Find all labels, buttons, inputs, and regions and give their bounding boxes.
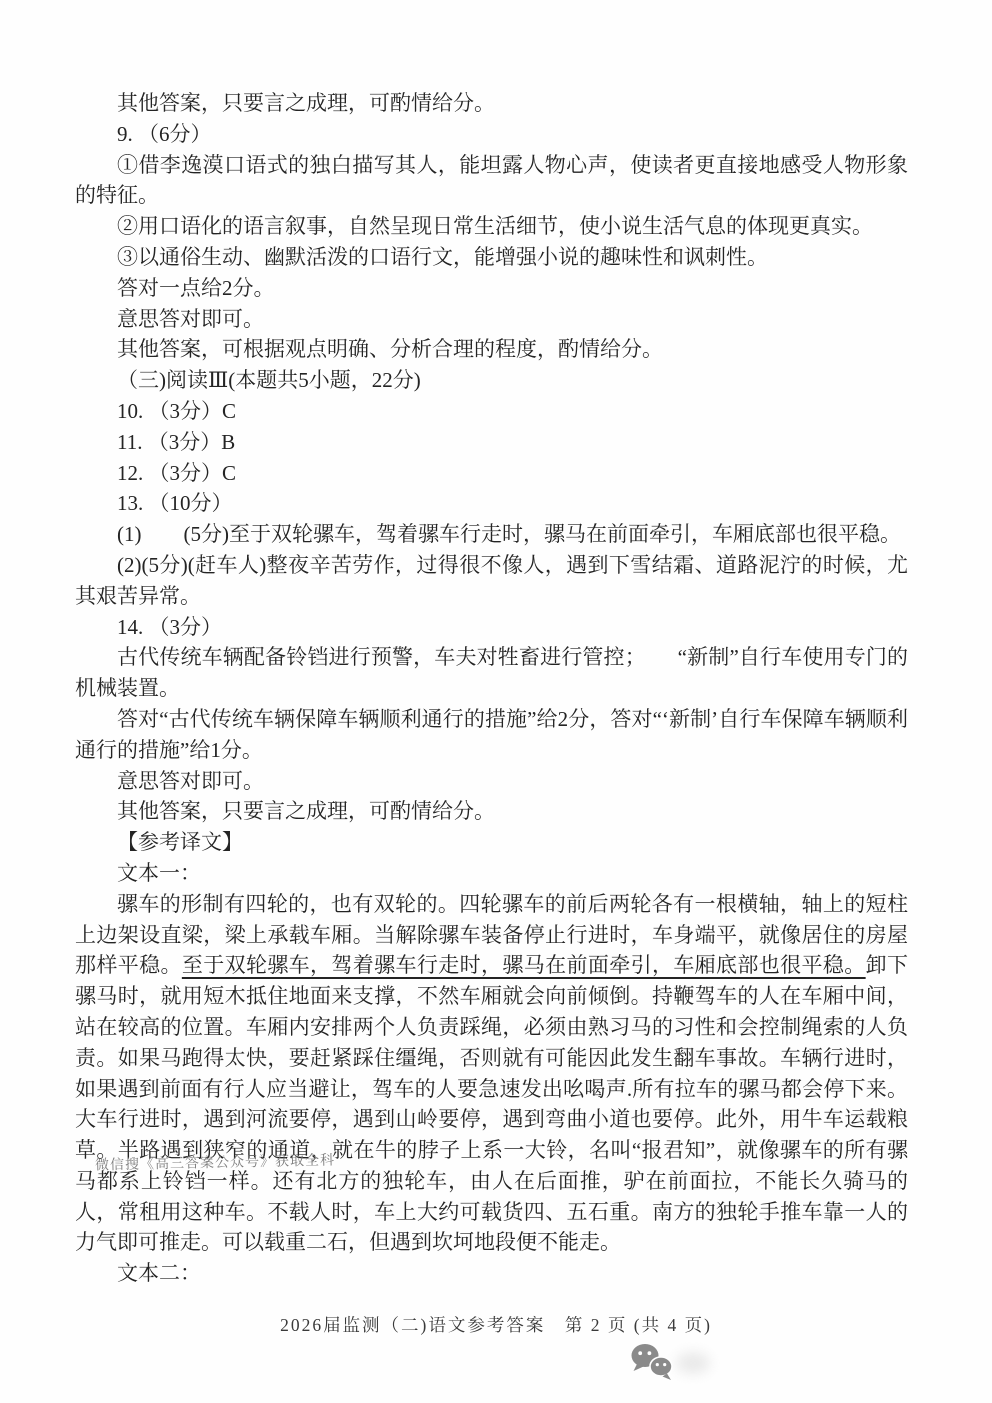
answer-13-2: (2)(5分)(赶车人)整夜辛苦劳作，过得很不像人，遇到下雪结霜、道路泥泞的时候… xyxy=(75,550,908,612)
answer-point-1: ①借李逸漠口语式的独白描写其人，能坦露人物心声，使读者更直接地感受人物形象的特征… xyxy=(75,150,908,212)
wechat-icon xyxy=(628,1342,676,1382)
text-two-label: 文本二： xyxy=(75,1258,908,1289)
question-14-header: 14. （3分） xyxy=(75,612,908,643)
text-one-label: 文本一： xyxy=(75,858,908,889)
scoring-note: 意思答对即可。 xyxy=(75,304,908,335)
answer-14-scoring: 答对“古代传统车辆保障车辆顺利通行的措施”给2分，答对“‘新制’自行车保障车辆顺… xyxy=(75,704,908,766)
grading-note: 其他答案，只要言之成理，可酌情给分。 xyxy=(75,88,908,119)
page-footer: 2026届监测（二)语文参考答案 第 2 页 (共 4 页) xyxy=(0,1312,992,1337)
grading-note-3: 其他答案，只要言之成理，可酌情给分。 xyxy=(75,796,908,827)
answer-sheet-page: 其他答案，只要言之成理，可酌情给分。 9. （6分） ①借李逸漠口语式的独白描写… xyxy=(0,0,992,1403)
answer-11: 11. （3分）B xyxy=(75,427,908,458)
answer-content: 其他答案，只要言之成理，可酌情给分。 9. （6分） ①借李逸漠口语式的独白描写… xyxy=(75,88,908,1289)
question-13-header: 13. （10分） xyxy=(75,488,908,519)
answer-14: 古代传统车辆配备铃铛进行预警，车夫对牲畜进行管控； “新制”自行车使用专门的机械… xyxy=(75,642,908,704)
answer-point-3: ③以通俗生动、幽默活泼的口语行文，能增强小说的趣味性和讽刺性。 xyxy=(75,242,908,273)
answer-12: 12. （3分）C xyxy=(75,458,908,489)
scoring-rule: 答对一点给2分。 xyxy=(75,273,908,304)
translation-paragraph: 骡车的形制有四轮的，也有双轮的。四轮骡车的前后两轮各有一根横轴，轴上的短柱上边架… xyxy=(75,889,908,1259)
section-3-header: （三)阅读Ⅲ(本题共5小题，22分) xyxy=(75,365,908,396)
answer-10: 10. （3分）C xyxy=(75,396,908,427)
scoring-note-2: 意思答对即可。 xyxy=(75,766,908,797)
question-9-header: 9. （6分） xyxy=(75,119,908,150)
underlined-sentence: 至于双轮骡车，驾着骡车行走时，骡马在前面牵引，车厢底部也很平稳。 xyxy=(182,953,866,977)
answer-point-2: ②用口语化的语言叙事，自然呈现日常生活细节，使小说生活气息的体现更真实。 xyxy=(75,211,908,242)
grading-note-2: 其他答案，可根据观点明确、分析合理的程度，酌情给分。 xyxy=(75,334,908,365)
translation-post: 卸下骡马时，就用短木抵住地面来支撑，不然车厢就会向前倾倒。持鞭驾车的人在车厢中间… xyxy=(75,953,908,1254)
scan-smudge xyxy=(676,1352,710,1374)
answer-13-1: (1) (5分)至于双轮骡车，驾着骡车行走时，骡马在前面牵引，车厢底部也很平稳。 xyxy=(75,519,908,550)
reference-translation-header: 【参考译文】 xyxy=(75,827,908,858)
